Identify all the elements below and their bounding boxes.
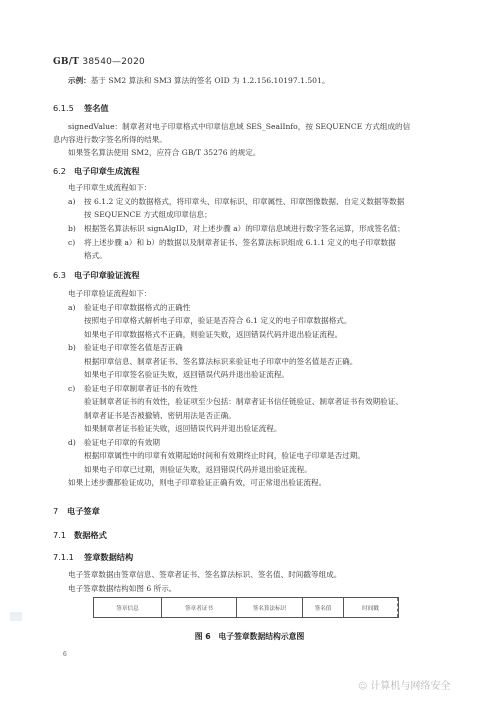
heading-7-1-1: 7.1.1签章数据结构 [53, 552, 133, 563]
list-detail: 如果电子印章已过期，则验证失败，返回错误代码并退出验证流程。 [84, 465, 312, 475]
list-item: d)验证电子印章的有效期 [68, 438, 160, 448]
diagram-cell-signed-value: 签名值 [303, 598, 344, 617]
paragraph: 电子签章数据结构如图 6 所示。 [68, 584, 176, 594]
list-text: 验证电子印章制章者证书的有效性 [84, 384, 198, 393]
list-item: c)将上述步骤 a）和 b）的数据以及制章者证书、签名算法标识组成 6.1.1 … [68, 238, 396, 248]
list-item: b)根据签名算法标识 signAlgID，对上述步骤 a）的印章信息域进行数字签… [68, 224, 405, 234]
heading-6-1-5: 6.1.5签名值 [53, 103, 109, 114]
list-text: 根据签名算法标识 signAlgID，对上述步骤 a）的印章信息域进行数字签名运… [84, 224, 405, 233]
standard-number: 38540—2020 [82, 57, 145, 67]
list-item: a)验证电子印章数据格式的正确性 [68, 303, 190, 313]
example-text: 基于 SM2 算法和 SM3 算法的签名 OID 为 1.2.156.10197… [91, 76, 330, 85]
diagram-cell-timestamp: 时间戳 [344, 598, 398, 617]
scan-artifact [10, 612, 22, 621]
diagram-cell-sign-alg-id: 签名算法标识 [237, 598, 303, 617]
list-item-continuation: 按 SEQUENCE 方式组成印章信息； [84, 210, 212, 220]
list-detail: 如果制章者证书验证失败，返回错误代码并退出验证流程。 [84, 424, 281, 434]
figure-caption: 图 6 电子签章数据结构示意图 [0, 631, 499, 642]
list-label: d) [68, 438, 84, 448]
example-note: 示例：基于 SM2 算法和 SM3 算法的签名 OID 为 1.2.156.10… [68, 76, 329, 86]
list-detail: 制章者证书是否被撤销、密钥用法是否正确。 [84, 411, 236, 421]
section-title: 电子印章生成流程 [74, 166, 140, 176]
list-label: c) [68, 238, 84, 248]
list-detail: 如果电子印章数据格式不正确，则验证失败，返回错误代码并退出验证流程。 [84, 330, 342, 340]
paragraph: 电子印章验证流程如下： [68, 289, 152, 299]
list-item: c)验证电子印章制章者证书的有效性 [68, 384, 198, 394]
section-number: 7.1 [53, 530, 74, 540]
list-detail: 根据印章属性中的印章有效期起始时间和有效期终止时间，验证电子印章是否过期。 [84, 451, 365, 461]
heading-6-2: 6.2电子印章生成流程 [53, 166, 140, 177]
wechat-icon: ☺ [358, 682, 367, 692]
list-item-continuation: 格式。 [84, 251, 107, 261]
page-number: 6 [63, 651, 67, 658]
list-label: b) [68, 343, 84, 353]
section-number: 6.1.5 [53, 103, 84, 113]
paragraph: 电子签章数据由签章信息、签章者证书、签名算法标识、签名值、时间戳等组成。 [68, 570, 341, 580]
signature-data-structure-diagram: 签章信息 签章者证书 签名算法标识 签名值 时间戳 [93, 597, 399, 618]
section-number: 7 [53, 506, 67, 516]
heading-6-3: 6.3电子印章验证流程 [53, 270, 140, 281]
list-detail: 按照电子印章格式解析电子印章，验证是否符合 6.1 定义的电子印章数据格式。 [84, 316, 352, 326]
list-label: a) [68, 303, 84, 313]
list-item: a)按 6.1.2 定义的数据格式，将印章头、印章标识、印章属性、印章图像数据、… [68, 197, 404, 207]
heading-7-1: 7.1数据格式 [53, 530, 107, 541]
section-title: 电子签章 [67, 506, 100, 516]
heading-7: 7电子签章 [53, 506, 100, 517]
diagram-cell-signer-cert: 签章者证书 [162, 598, 237, 617]
section-number: 7.1.1 [53, 552, 84, 562]
watermark-text: 计算机与网络安全 [370, 681, 450, 692]
list-label: a) [68, 197, 84, 207]
paragraph: 电子印章生成流程如下： [68, 183, 152, 193]
section-number: 6.3 [53, 270, 74, 280]
list-label: b) [68, 224, 84, 234]
paragraph: 如果签名算法使用 SM2，应符合 GB/T 35276 的规定。 [68, 148, 260, 158]
list-text: 验证电子印章签名值是否正确 [84, 343, 183, 352]
list-detail: 如果电子印章签名验证失败，返回错误代码并退出验证流程。 [84, 370, 289, 380]
list-text: 将上述步骤 a）和 b）的数据以及制章者证书、签名算法标识组成 6.1.1 定义… [84, 238, 396, 247]
paragraph: 息内容进行数字签名所得的结果。 [53, 135, 167, 145]
paragraph: 如果上述步骤都验证成功，则电子印章验证正确有效，可正常退出验证流程。 [68, 478, 326, 488]
section-number: 6.2 [53, 166, 74, 176]
section-title: 签名值 [84, 103, 109, 113]
watermark: ☺计算机与网络安全 [358, 677, 450, 692]
paragraph: signedValue：制章者对电子印章格式中印章信息域 SES_SealInf… [68, 122, 410, 132]
standard-prefix: GB/T [53, 57, 79, 67]
diagram-cell-seal-info: 签章信息 [94, 598, 162, 617]
list-text: 按 6.1.2 定义的数据格式，将印章头、印章标识、印章属性、印章图像数据、自定… [84, 197, 404, 206]
section-title: 签章数据结构 [84, 552, 133, 562]
section-title: 电子印章验证流程 [74, 270, 140, 280]
list-item: b)验证电子印章签名值是否正确 [68, 343, 183, 353]
list-text: 验证电子印章数据格式的正确性 [84, 303, 190, 312]
list-label: c) [68, 384, 84, 394]
list-detail: 验证制章者证书的有效性，验证项至少包括：制章者证书信任链验证、制章者证书有效期验… [84, 397, 403, 407]
list-text: 验证电子印章的有效期 [84, 438, 160, 447]
standard-code: GB/T 38540—2020 [53, 57, 145, 67]
example-lead: 示例： [68, 76, 91, 85]
section-title: 数据格式 [74, 530, 107, 540]
list-detail: 根据印章信息、制章者证书、签名算法标识来验证电子印章中的签名值是否正确。 [84, 357, 357, 367]
